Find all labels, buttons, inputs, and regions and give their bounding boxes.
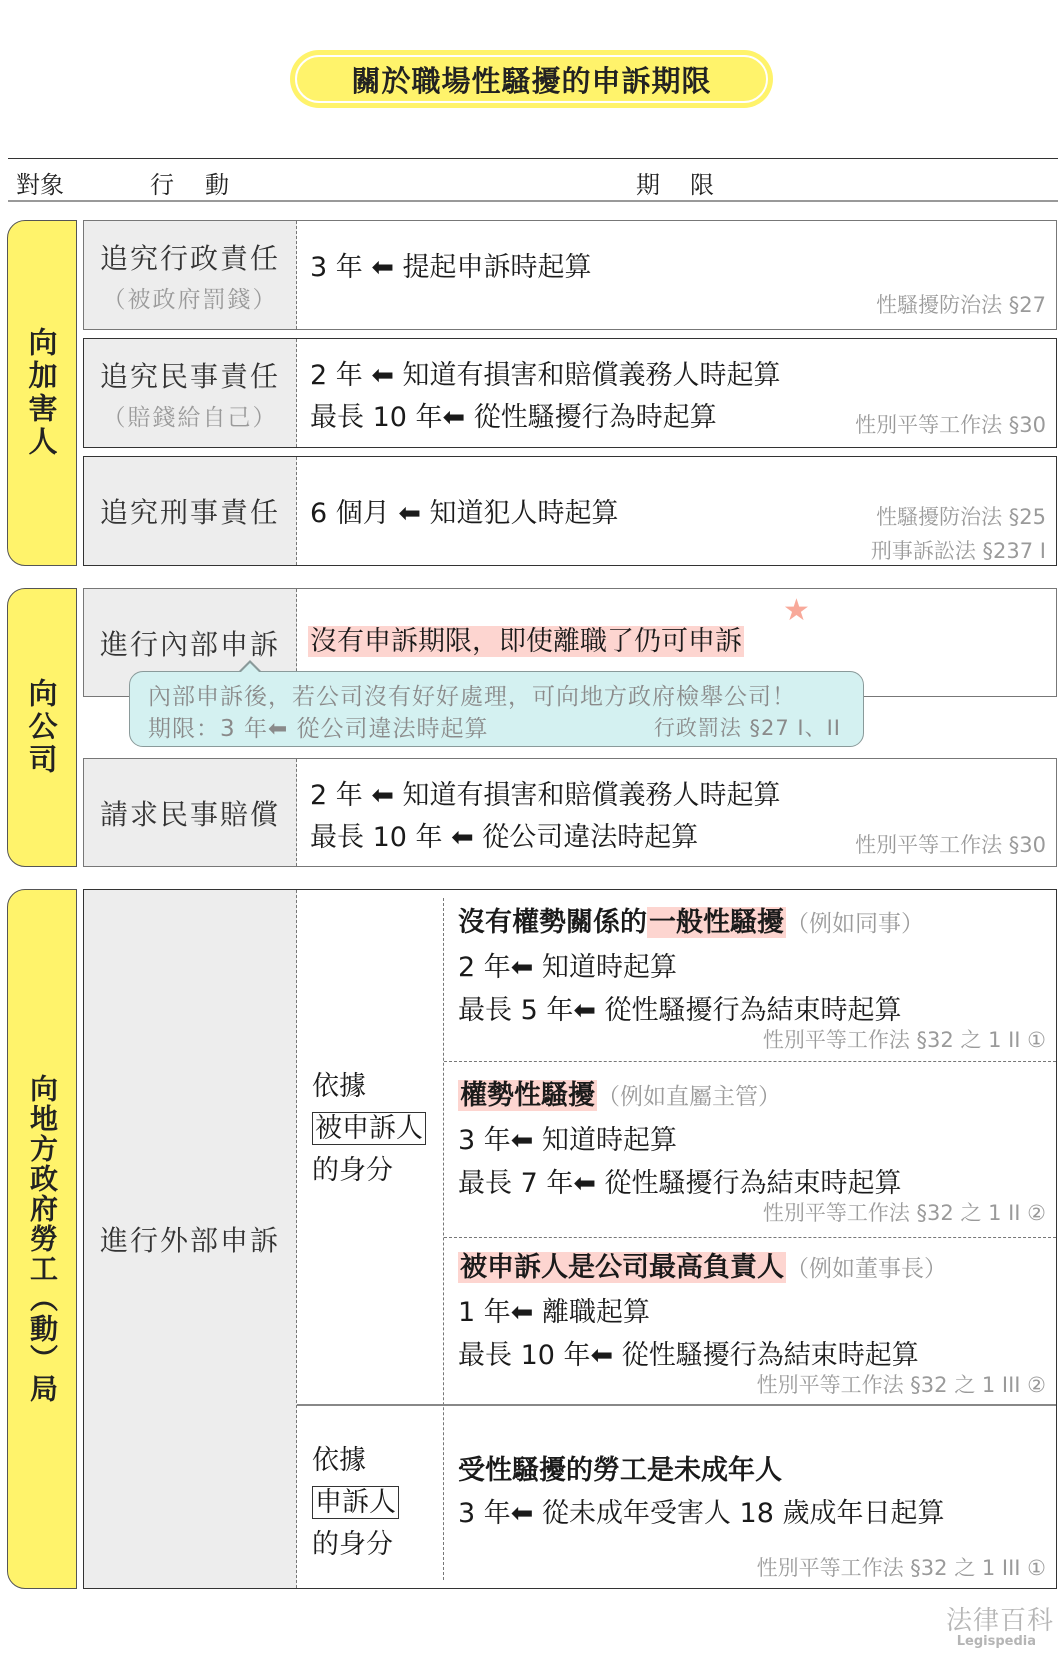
law-citation: 性別平等工作法 §32 之 1 II ② [763,1197,1046,1227]
law-citation: 性別平等工作法 §32 之 1 III ② [757,1369,1046,1399]
action-note: （賠錢給自己） [103,399,278,432]
section-target-company: 向公司 [7,588,77,867]
tooltip-line-2: 期限：3 年⬅ 從公司違法時起算 [148,710,489,743]
period-line: 最長 7 年⬅ 從性騷擾行為結束時起算 [458,1161,902,1200]
row-civil-compensation: 請求民事賠償 2 年 ⬅ 知道有損害和賠償義務人時起算 最長 10 年 ⬅ 從公… [83,758,1057,867]
basis-key-box: 被申訴人 [312,1106,426,1145]
law-citation: 性別平等工作法 §32 之 1 III ① [757,1552,1046,1582]
period-line: 1 年⬅ 離職起算 [458,1290,650,1329]
row-external-complaint: 進行外部申訴 依據 被申訴人 的身分 沒有權勢關係的一般性騷擾（例如同事） 2 … [83,889,1057,1589]
action-label: 追究行政責任 [100,237,280,277]
section-target-label: 向地方政府勞工（動）局 [22,1074,62,1404]
case-title: 權勢性騷擾（例如直屬主管） [458,1073,781,1112]
row-civil: 追究民事責任 （賠錢給自己） 2 年 ⬅ 知道有損害和賠償義務人時起算 最長 1… [83,338,1057,448]
basis-key-box: 申訴人 [312,1480,399,1519]
section-target-perpetrator: 向加害人 [7,220,77,566]
section-target-label: 向加害人 [22,327,63,459]
basis-post: 的身分 [312,1148,393,1187]
basis-pre: 依據 [312,1064,366,1103]
basis-pre: 依據 [312,1438,366,1477]
case-title-prefix: 沒有權勢關係的 [458,907,647,938]
period-line: 最長 10 年⬅ 從性騷擾行為時起算 [310,395,717,434]
case-title-highlight: 被申訴人是公司最高負責人 [458,1252,786,1283]
case-divider [444,1237,1056,1238]
law-citation: 性騷擾防治法 §25 [876,501,1046,531]
case-example: （例如直屬主管） [597,1084,781,1110]
period-line-highlighted: 沒有申訴期限，即使離職了仍可申訴 [308,619,744,658]
case-title: 沒有權勢關係的一般性騷擾（例如同事） [458,900,924,939]
basis-key: 申訴人 [312,1486,399,1519]
tooltip-citation: 行政罰法 §27 I、II [654,712,841,742]
action-label: 追究刑事責任 [100,491,280,531]
header-top-rule [8,158,1058,159]
brand-logo-en: Legispedia [957,1634,1036,1649]
row-criminal: 追究刑事責任 6 個月 ⬅ 知道犯人時起算 性騷擾防治法 §25 刑事訴訟法 §… [83,456,1057,566]
case-title: 受性騷擾的勞工是未成年人 [458,1448,782,1487]
header-action-1: 行 [150,165,174,200]
case-title-highlight: 一般性騷擾 [647,907,786,938]
tooltip-line-1: 內部申訴後，若公司沒有好好處理，可向地方政府檢舉公司！ [148,678,796,711]
brand-logo-zh: 法律百科 [946,1600,1054,1637]
period-line: 6 個月 ⬅ 知道犯人時起算 [310,491,619,530]
case-title-highlight: 權勢性騷擾 [458,1080,597,1111]
action-label: 追究民事責任 [100,355,280,395]
tooltip-callout: 內部申訴後，若公司沒有好好處理，可向地方政府檢舉公司！ 期限：3 年⬅ 從公司違… [129,671,864,747]
section-target-label: 向公司 [22,678,63,777]
law-citation: 性別平等工作法 §30 [855,829,1046,859]
header-period-1: 期 [636,165,660,200]
period-line: 3 年 ⬅ 提起申訴時起算 [310,245,592,284]
case-title: 被申訴人是公司最高負責人（例如董事長） [458,1245,947,1284]
title-pill: 關於職場性騷擾的申訴期限 [290,50,773,108]
action-cell: 請求民事賠償 [84,759,297,866]
action-cell: 進行外部申訴 [84,890,297,1588]
column-divider [443,898,444,1580]
law-citation: 刑事訴訟法 §237 I [871,535,1046,565]
period-line: 最長 10 年 ⬅ 從公司違法時起算 [310,815,698,854]
action-cell: 追究刑事責任 [84,457,297,565]
action-note: （被政府罰錢） [103,281,278,314]
highlight: 沒有申訴期限，即使離職了仍可申訴 [308,626,744,657]
period-line: 3 年⬅ 從未成年受害人 18 歲成年日起算 [458,1491,945,1530]
period-line: 最長 5 年⬅ 從性騷擾行為結束時起算 [458,988,902,1027]
action-cell: 追究行政責任 （被政府罰錢） [84,221,297,329]
period-line: 3 年⬅ 知道時起算 [458,1118,677,1157]
group-divider [297,1404,1056,1406]
header-period-2: 限 [690,165,714,200]
law-citation: 性騷擾防治法 §27 [876,289,1046,319]
law-citation: 性別平等工作法 §30 [855,409,1046,439]
action-label: 進行外部申訴 [100,1219,280,1259]
header-target: 對象 [16,165,64,200]
action-label: 請求民事賠償 [100,793,280,833]
period-line: 2 年 ⬅ 知道有損害和賠償義務人時起算 [310,353,781,392]
basis-post: 的身分 [312,1522,393,1561]
period-line: 最長 10 年⬅ 從性騷擾行為結束時起算 [458,1333,919,1372]
row-administrative: 追究行政責任 （被政府罰錢） 3 年 ⬅ 提起申訴時起算 性騷擾防治法 §27 [83,220,1057,330]
case-example: （例如同事） [786,911,924,937]
page-title: 關於職場性騷擾的申訴期限 [295,55,768,103]
action-label: 進行內部申訴 [100,623,280,663]
header-bottom-rule [8,200,1058,202]
law-citation: 性別平等工作法 §32 之 1 II ① [763,1024,1046,1054]
tooltip-pointer-fill [240,663,260,673]
case-divider [444,1061,1056,1062]
section-target-labor-bureau: 向地方政府勞工（動）局 [7,889,77,1589]
period-line: 2 年⬅ 知道時起算 [458,945,677,984]
basis-key: 被申訴人 [312,1112,426,1145]
period-line: 2 年 ⬅ 知道有損害和賠償義務人時起算 [310,773,781,812]
case-example: （例如董事長） [786,1256,947,1282]
action-cell: 追究民事責任 （賠錢給自己） [84,339,297,447]
star-icon: ★ [783,596,810,626]
header-action-2: 動 [205,165,229,200]
